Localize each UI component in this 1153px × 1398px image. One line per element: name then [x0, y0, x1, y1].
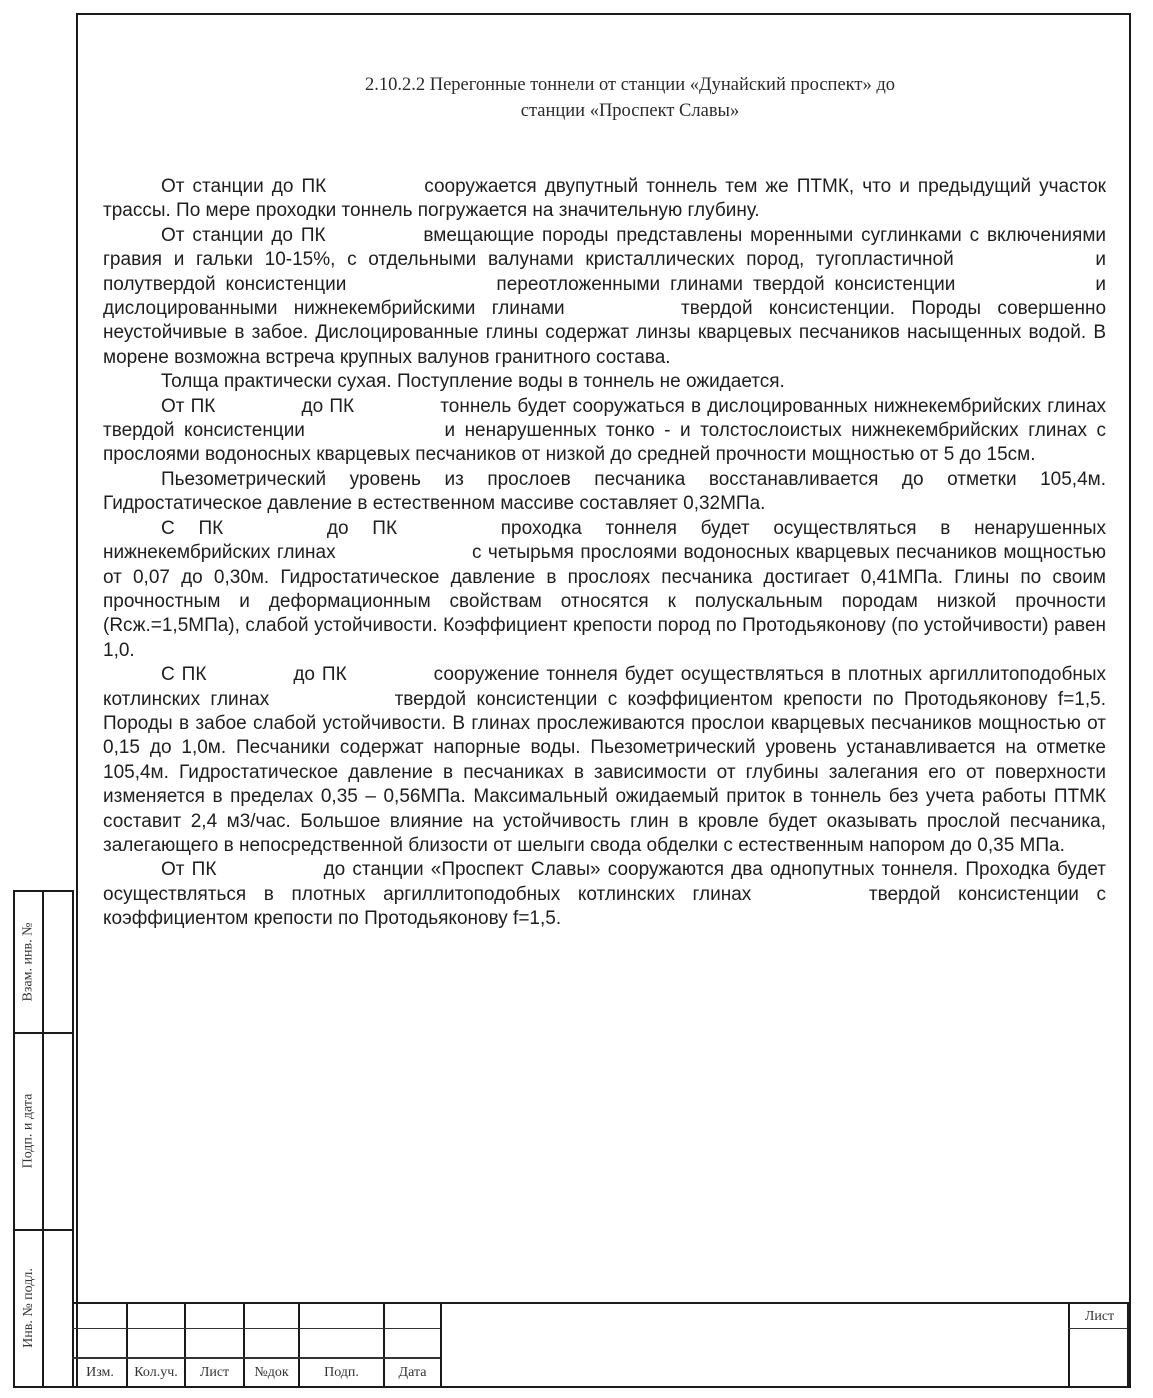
- column-label-signature: Подп.: [300, 1359, 383, 1387]
- side-stamp-original-inv: Инв. № подл.: [15, 1229, 42, 1386]
- column-label-change: Изм.: [74, 1359, 126, 1387]
- section-heading-line-2: станции «Проспект Славы»: [200, 98, 1060, 124]
- paragraph: С ПК до ПК проходка тоннеля будет осущес…: [103, 517, 1106, 663]
- side-stamp: Взам. инв. № Подп. и дата Инв. № подл.: [13, 890, 74, 1388]
- side-stamp-replacement-inv: Взам. инв. №: [15, 892, 42, 1032]
- paragraph: Пьезометрический уровень из прослоев пес…: [103, 468, 1106, 517]
- paragraph: От станции до ПК вмещающие породы предст…: [103, 224, 1106, 370]
- side-stamp-signature-date: Подп. и дата: [15, 1032, 42, 1229]
- paragraph: С ПК до ПК сооружение тоннеля будет осущ…: [103, 663, 1106, 858]
- column-label-count: Кол.уч.: [128, 1359, 184, 1387]
- sheet-number-label: Лист: [1070, 1304, 1129, 1329]
- section-heading: 2.10.2.2 Перегонные тоннели от станции «…: [200, 72, 1060, 124]
- title-block: Изм. Кол.уч. Лист №док Подп. Дата Лист: [72, 1302, 1131, 1388]
- paragraph: От ПК до ПК тоннель будет сооружаться в …: [103, 395, 1106, 468]
- document-body: От станции до ПК сооружается двупутный т…: [103, 175, 1106, 932]
- column-label-sheet: Лист: [186, 1359, 243, 1387]
- section-heading-line-1: 2.10.2.2 Перегонные тоннели от станции «…: [200, 72, 1060, 98]
- paragraph: От станции до ПК сооружается двупутный т…: [103, 175, 1106, 224]
- paragraph: От ПК до станции «Проспект Славы» сооруж…: [103, 858, 1106, 931]
- column-label-date: Дата: [385, 1359, 440, 1387]
- column-label-doc-no: №док: [245, 1359, 298, 1387]
- paragraph: Толща практически сухая. Поступление вод…: [103, 370, 1106, 394]
